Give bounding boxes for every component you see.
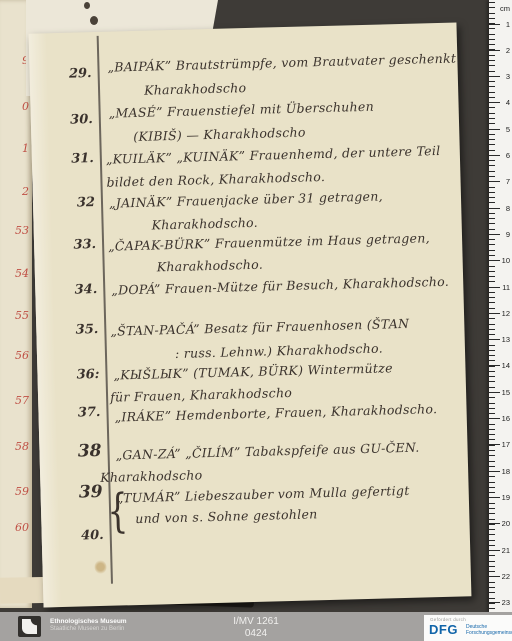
ruler-major-tick bbox=[489, 76, 500, 77]
ruler-major-tick bbox=[489, 392, 500, 393]
ruler-major-tick bbox=[489, 602, 500, 603]
ruler-number: 6 bbox=[506, 151, 510, 160]
ruler-number: 17 bbox=[502, 440, 510, 449]
dfg-name-line2: Forschungsgemeinschaft bbox=[466, 630, 512, 636]
ruler-minor-tick bbox=[489, 18, 495, 19]
ruler-minor-tick bbox=[489, 434, 495, 435]
ruler-minor-tick bbox=[489, 529, 495, 530]
ruler-number: 9 bbox=[506, 230, 510, 239]
ruler-minor-tick bbox=[489, 187, 495, 188]
ruler-minor-tick bbox=[489, 561, 495, 562]
ruler-minor-tick bbox=[489, 134, 495, 135]
ruler-minor-tick bbox=[489, 192, 495, 193]
ruler-unit-label: cm bbox=[500, 4, 510, 13]
ruler-minor-tick bbox=[489, 540, 495, 541]
ruler-major-tick bbox=[489, 155, 500, 156]
catalog-entry-line: Kharakhodscho bbox=[144, 80, 247, 98]
ruler-minor-tick bbox=[489, 381, 495, 382]
ruler-minor-tick bbox=[489, 345, 495, 346]
ruler-minor-tick bbox=[489, 71, 495, 72]
ruler-minor-tick bbox=[489, 266, 495, 267]
catalog-entry-line: Kharakhodscho bbox=[100, 467, 203, 485]
catalog-entry-line: : russ. Lehnw.) Kharakhodscho. bbox=[175, 341, 383, 361]
ruler-minor-tick bbox=[489, 397, 495, 398]
ruler-minor-tick bbox=[489, 197, 495, 198]
ruler-major-tick bbox=[489, 365, 500, 366]
catalog-entry-number: 29. bbox=[51, 66, 91, 82]
red-margin-number: 55 bbox=[0, 309, 29, 322]
ruler-major-tick bbox=[489, 287, 500, 288]
ruler-minor-tick bbox=[489, 350, 495, 351]
ruler-number: 10 bbox=[502, 256, 510, 265]
ruler-minor-tick bbox=[489, 271, 495, 272]
ruler-minor-tick bbox=[489, 424, 495, 425]
red-margin-number: 54 bbox=[0, 267, 29, 280]
ruler-minor-tick bbox=[489, 123, 495, 124]
ruler-minor-tick bbox=[489, 519, 495, 520]
ruler-major-tick bbox=[489, 102, 500, 103]
ruler-major-tick bbox=[489, 471, 500, 472]
catalog-entry-number: 38 bbox=[61, 441, 102, 462]
ruler-minor-tick bbox=[489, 250, 495, 251]
ruler-number: 14 bbox=[502, 361, 510, 370]
ruler-minor-tick bbox=[489, 139, 495, 140]
ruler-minor-tick bbox=[489, 592, 495, 593]
catalog-entry-line: Kharakhodscho. bbox=[151, 215, 258, 233]
ruler-minor-tick bbox=[489, 450, 495, 451]
ruler-number: 21 bbox=[502, 546, 510, 555]
ruler-minor-tick bbox=[489, 534, 495, 535]
catalog-entry-line: „GAN-ZÁ” „ČILÍM” Tabakspfeife aus GU-ČEN… bbox=[115, 440, 419, 463]
ruler-minor-tick bbox=[489, 34, 495, 35]
catalog-entry-number: 30. bbox=[53, 112, 93, 128]
ruler-minor-tick bbox=[489, 276, 495, 277]
catalog-entry-line: „BAIPÁK” Brautstrümpfe, vom Brautvater g… bbox=[107, 51, 456, 75]
binding-hole bbox=[84, 2, 90, 9]
ruler-minor-tick bbox=[489, 160, 495, 161]
ruler-minor-tick bbox=[489, 55, 495, 56]
ruler-minor-tick bbox=[489, 487, 495, 488]
red-margin-number: 2 bbox=[0, 185, 29, 198]
ruler-minor-tick bbox=[489, 281, 495, 282]
red-margin-number: 0 bbox=[0, 100, 29, 113]
ruler-major-tick bbox=[489, 444, 500, 445]
catalog-entry-line: „IRÁKE” Hemdenborte, Frauen, Kharakhodsc… bbox=[114, 401, 437, 424]
ruler-minor-tick bbox=[489, 371, 495, 372]
ruler-major-tick bbox=[489, 418, 500, 419]
ruler-number: 8 bbox=[506, 204, 510, 213]
ruler-minor-tick bbox=[489, 28, 495, 29]
ruler-minor-tick bbox=[489, 213, 495, 214]
ruler-minor-tick bbox=[489, 144, 495, 145]
ruler-minor-tick bbox=[489, 355, 495, 356]
red-margin-number: 59 bbox=[0, 485, 29, 498]
ruler-minor-tick bbox=[489, 97, 495, 98]
ruler-minor-tick bbox=[489, 171, 495, 172]
ruler-minor-tick bbox=[489, 86, 495, 87]
dfg-logo-icon: DFG bbox=[429, 622, 458, 637]
binding-hole bbox=[90, 16, 98, 25]
ruler-number: 18 bbox=[502, 467, 510, 476]
ruler-minor-tick bbox=[489, 334, 495, 335]
ruler-minor-tick bbox=[489, 555, 495, 556]
catalog-entry-line: „ČAPAK-BÜRK” Frauenmütze im Haus getrage… bbox=[108, 230, 430, 253]
ruler-major-tick bbox=[489, 523, 500, 524]
ruler-number: 1 bbox=[506, 20, 510, 29]
ruler-minor-tick bbox=[489, 461, 495, 462]
catalog-entry-number: 34. bbox=[57, 282, 97, 298]
catalog-entry-line: (KIBIŠ) — Kharakhodscho bbox=[133, 124, 306, 144]
ruler-minor-tick bbox=[489, 608, 495, 609]
ruler-number: 2 bbox=[506, 46, 510, 55]
catalog-entry-line: bildet den Rock, Kharakhodscho. bbox=[106, 169, 325, 190]
footer-bar: Ethnologisches Museum Staatliche Museen … bbox=[0, 612, 512, 641]
ruler-minor-tick bbox=[489, 503, 495, 504]
red-margin-number: 53 bbox=[0, 224, 29, 237]
ruler-minor-tick bbox=[489, 297, 495, 298]
ruler-minor-tick bbox=[489, 566, 495, 567]
ruler-number: 13 bbox=[502, 335, 510, 344]
ruler-minor-tick bbox=[489, 324, 495, 325]
ruler-number: 20 bbox=[502, 519, 510, 528]
catalog-entry-number: 36: bbox=[59, 367, 99, 383]
red-margin-number: 1 bbox=[0, 142, 29, 155]
ruler-number: 3 bbox=[506, 72, 510, 81]
catalog-entry-line: Kharakhodscho. bbox=[157, 257, 264, 275]
ruler-minor-tick bbox=[489, 113, 495, 114]
catalog-entry-line: „TUMÁR” Liebeszauber vom Mulla gefertigt bbox=[117, 483, 410, 506]
ruler-minor-tick bbox=[489, 150, 495, 151]
ruler-major-tick bbox=[489, 313, 500, 314]
catalog-entry-number: 37. bbox=[60, 405, 100, 421]
ruler-minor-tick bbox=[489, 229, 495, 230]
ruler-minor-tick bbox=[489, 513, 495, 514]
ruler-minor-tick bbox=[489, 329, 495, 330]
catalog-entry-number: 35. bbox=[58, 322, 98, 338]
ruler-minor-tick bbox=[489, 239, 495, 240]
ruler-number: 19 bbox=[502, 493, 510, 502]
ruler-minor-tick bbox=[489, 202, 495, 203]
ruler-number: 11 bbox=[502, 283, 510, 292]
red-margin-number: 57 bbox=[0, 394, 29, 407]
ruler-minor-tick bbox=[489, 466, 495, 467]
ruler-minor-tick bbox=[489, 429, 495, 430]
red-margin-number: 56 bbox=[0, 349, 29, 362]
ruler-minor-tick bbox=[489, 403, 495, 404]
notebook-page: { 29.„BAIPÁK” Brautstrümpfe, vom Brautva… bbox=[29, 22, 472, 607]
scanned-catalog-viewer: 90125354555657585960 { 29.„BAIPÁK” Braut… bbox=[0, 0, 512, 641]
catalog-entry-number: 32 bbox=[55, 195, 95, 211]
ruler-number: 12 bbox=[502, 309, 510, 318]
catalog-entry-line: „DOPÁ” Frauen-Mütze für Besuch, Kharakho… bbox=[111, 274, 449, 298]
ruler-minor-tick bbox=[489, 582, 495, 583]
ruler-minor-tick bbox=[489, 2, 495, 3]
ruler-minor-tick bbox=[489, 360, 495, 361]
ruler-minor-tick bbox=[489, 408, 495, 409]
ruler-minor-tick bbox=[489, 476, 495, 477]
ruler-minor-tick bbox=[489, 60, 495, 61]
ruler-major-tick bbox=[489, 208, 500, 209]
ruler-minor-tick bbox=[489, 65, 495, 66]
ruler-minor-tick bbox=[489, 7, 495, 8]
catalog-entry-line: „KЫŠLЫK” (TUMAK, BÜRK) Wintermütze bbox=[113, 360, 393, 382]
ruler-number: 7 bbox=[506, 177, 510, 186]
red-margin-number: 58 bbox=[0, 440, 29, 453]
catalog-entry-number: 39 bbox=[62, 482, 103, 503]
ruler-minor-tick bbox=[489, 292, 495, 293]
ruler-major-tick bbox=[489, 129, 500, 130]
ruler-minor-tick bbox=[489, 218, 495, 219]
ruler-minor-tick bbox=[489, 376, 495, 377]
ruler-minor-tick bbox=[489, 492, 495, 493]
ink-stain bbox=[94, 560, 106, 574]
catalog-entry-number: 33. bbox=[56, 237, 96, 253]
ruler-major-tick bbox=[489, 24, 500, 25]
ruler-major-tick bbox=[489, 576, 500, 577]
red-margin-number: 9 bbox=[0, 54, 29, 67]
ruler-minor-tick bbox=[489, 107, 495, 108]
ruler-minor-tick bbox=[489, 587, 495, 588]
ruler-minor-tick bbox=[489, 244, 495, 245]
ruler-minor-tick bbox=[489, 387, 495, 388]
ruler-minor-tick bbox=[489, 81, 495, 82]
ruler-minor-tick bbox=[489, 598, 495, 599]
catalog-entry-line: „KUILÄK” „KUINÄK” Frauenhemd, der untere… bbox=[106, 143, 441, 167]
ruler-number: 23 bbox=[502, 598, 510, 607]
ruler-minor-tick bbox=[489, 118, 495, 119]
ruler-major-tick bbox=[489, 260, 500, 261]
ruler-number: 15 bbox=[502, 388, 510, 397]
ruler-minor-tick bbox=[489, 13, 495, 14]
cm-ruler: cm 1234567891011121314151617181920212223 bbox=[489, 0, 512, 612]
ruler-major-tick bbox=[489, 50, 500, 51]
catalog-entry-line: und von s. Sohne gestohlen bbox=[135, 506, 318, 526]
dfg-funding-badge: Gefördert durch DFG Deutsche Forschungsg… bbox=[424, 615, 512, 641]
ruler-minor-tick bbox=[489, 176, 495, 177]
ruler-minor-tick bbox=[489, 439, 495, 440]
ruler-minor-tick bbox=[489, 39, 495, 40]
catalog-entry-line: „MASÉ” Frauenstiefel mit Überschuhen bbox=[108, 99, 374, 121]
ruler-minor-tick bbox=[489, 308, 495, 309]
ruler-major-tick bbox=[489, 497, 500, 498]
ruler-minor-tick bbox=[489, 44, 495, 45]
ruler-minor-tick bbox=[489, 255, 495, 256]
ruler-minor-tick bbox=[489, 302, 495, 303]
ruler-minor-tick bbox=[489, 482, 495, 483]
ruler-minor-tick bbox=[489, 165, 495, 166]
ruler-minor-tick bbox=[489, 455, 495, 456]
ruler-number: 22 bbox=[502, 572, 510, 581]
catalog-entry-number: 31. bbox=[54, 151, 94, 167]
ruler-minor-tick bbox=[489, 508, 495, 509]
ruler-number: 4 bbox=[506, 98, 510, 107]
catalog-entry-line: „JAINÄK” Frauenjacke über 31 getragen, bbox=[109, 188, 383, 210]
ruler-major-tick bbox=[489, 339, 500, 340]
ruler-minor-tick bbox=[489, 571, 495, 572]
ruler-minor-tick bbox=[489, 223, 495, 224]
ruler-number: 16 bbox=[502, 414, 510, 423]
ruler-minor-tick bbox=[489, 413, 495, 414]
catalog-entry-number: 40. bbox=[64, 528, 104, 544]
ruler-number: 5 bbox=[506, 125, 510, 134]
ruler-major-tick bbox=[489, 181, 500, 182]
ruler-minor-tick bbox=[489, 318, 495, 319]
ruler-major-tick bbox=[489, 550, 500, 551]
ruler-minor-tick bbox=[489, 545, 495, 546]
ruler-major-tick bbox=[489, 234, 500, 235]
catalog-entry-line: „ŠTAN-PAČÁ” Besatz für Frauenhosen (ŠTAN bbox=[110, 316, 409, 339]
ruler-minor-tick bbox=[489, 92, 495, 93]
catalog-entry-line: für Frauen, Kharakhodscho bbox=[110, 385, 292, 405]
red-margin-number: 60 bbox=[0, 521, 29, 534]
